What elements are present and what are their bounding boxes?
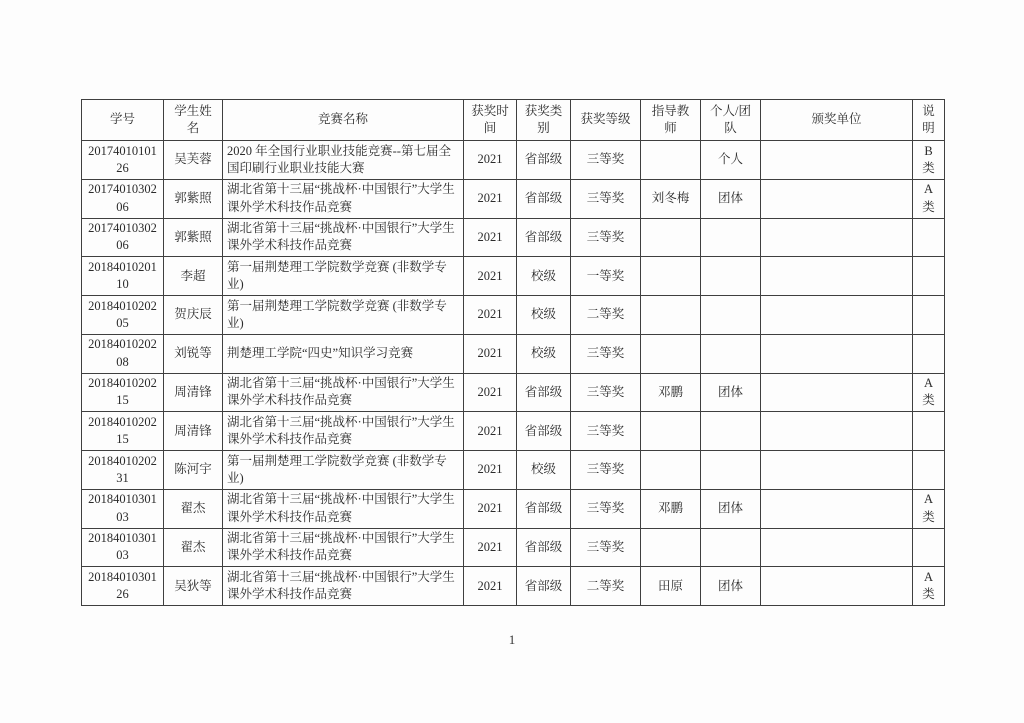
cell-award-level: 二等奖 <box>571 296 641 335</box>
table-row: 2018401030103翟杰湖北省第十三届“挑战杯·中国银行”大学生课外学术科… <box>82 489 945 528</box>
student-id-text: 2018401020231 <box>87 453 158 488</box>
cell-note <box>913 528 945 567</box>
cell-competition-name: 2020 年全国行业职业技能竞赛--第七届全国印刷行业职业技能大赛 <box>223 141 464 180</box>
cell-student-name: 周清锋 <box>164 373 223 412</box>
cell-award-level: 一等奖 <box>571 257 641 296</box>
cell-note <box>913 257 945 296</box>
student-id-text: 2018401020215 <box>87 375 158 410</box>
cell-student-name: 郭紫照 <box>164 179 223 218</box>
cell-student-name: 周清锋 <box>164 412 223 451</box>
column-header-competition-name: 竞赛名称 <box>223 100 464 141</box>
cell-award-category: 省部级 <box>517 412 571 451</box>
cell-award-level: 三等奖 <box>571 528 641 567</box>
cell-award-category: 省部级 <box>517 489 571 528</box>
cell-student-name: 吴芙蓉 <box>164 141 223 180</box>
cell-advisor <box>641 334 701 373</box>
cell-competition-name: 湖北省第十三届“挑战杯·中国银行”大学生课外学术科技作品竞赛 <box>223 218 464 257</box>
student-id-text: 2018401020215 <box>87 414 158 449</box>
cell-student-id: 2017401030206 <box>82 179 164 218</box>
cell-advisor <box>641 412 701 451</box>
cell-individual-or-team <box>701 257 761 296</box>
cell-award-level: 三等奖 <box>571 179 641 218</box>
cell-note: A 类 <box>913 567 945 606</box>
column-header-note: 说明 <box>913 100 945 141</box>
cell-award-time: 2021 <box>464 567 517 606</box>
student-id-text: 2017401030206 <box>87 181 158 216</box>
cell-student-id: 2018401030126 <box>82 567 164 606</box>
cell-individual-or-team <box>701 218 761 257</box>
cell-individual-or-team <box>701 412 761 451</box>
cell-student-id: 2018401020208 <box>82 334 164 373</box>
cell-award-time: 2021 <box>464 296 517 335</box>
cell-award-category: 校级 <box>517 257 571 296</box>
table-row: 2017401030206郭紫照湖北省第十三届“挑战杯·中国银行”大学生课外学术… <box>82 179 945 218</box>
cell-awarding-unit <box>761 296 913 335</box>
column-header-individual-or-team: 个人/团队 <box>701 100 761 141</box>
column-header-student-name: 学生姓名 <box>164 100 223 141</box>
cell-award-category: 省部级 <box>517 528 571 567</box>
student-id-text: 2018401030103 <box>87 530 158 565</box>
column-header-awarding-unit: 颁奖单位 <box>761 100 913 141</box>
cell-awarding-unit <box>761 489 913 528</box>
cell-note <box>913 296 945 335</box>
cell-awarding-unit <box>761 141 913 180</box>
cell-student-id: 2018401020215 <box>82 373 164 412</box>
column-header-advisor: 指导教师 <box>641 100 701 141</box>
cell-note <box>913 451 945 490</box>
cell-award-category: 省部级 <box>517 141 571 180</box>
student-id-text: 2018401020205 <box>87 298 158 333</box>
cell-advisor: 田原 <box>641 567 701 606</box>
cell-note: A 类 <box>913 489 945 528</box>
cell-award-time: 2021 <box>464 257 517 296</box>
cell-award-category: 校级 <box>517 334 571 373</box>
cell-competition-name: 湖北省第十三届“挑战杯·中国银行”大学生课外学术科技作品竞赛 <box>223 567 464 606</box>
cell-award-time: 2021 <box>464 179 517 218</box>
cell-award-level: 二等奖 <box>571 567 641 606</box>
cell-competition-name: 湖北省第十三届“挑战杯·中国银行”大学生课外学术科技作品竞赛 <box>223 373 464 412</box>
cell-note <box>913 218 945 257</box>
student-id-text: 2018401020208 <box>87 336 158 371</box>
cell-student-name: 李超 <box>164 257 223 296</box>
cell-individual-or-team <box>701 334 761 373</box>
cell-award-category: 省部级 <box>517 373 571 412</box>
cell-competition-name: 湖北省第十三届“挑战杯·中国银行”大学生课外学术科技作品竞赛 <box>223 528 464 567</box>
table-row: 2018401020231陈河宇第一届荆楚理工学院数学竞赛 (非数学专业)202… <box>82 451 945 490</box>
cell-individual-or-team <box>701 296 761 335</box>
cell-advisor: 刘冬梅 <box>641 179 701 218</box>
cell-competition-name: 湖北省第十三届“挑战杯·中国银行”大学生课外学术科技作品竞赛 <box>223 179 464 218</box>
cell-award-time: 2021 <box>464 412 517 451</box>
cell-awarding-unit <box>761 179 913 218</box>
cell-student-id: 2018401020231 <box>82 451 164 490</box>
cell-award-time: 2021 <box>464 451 517 490</box>
cell-awarding-unit <box>761 412 913 451</box>
cell-competition-name: 第一届荆楚理工学院数学竞赛 (非数学专业) <box>223 296 464 335</box>
cell-advisor <box>641 296 701 335</box>
cell-individual-or-team <box>701 528 761 567</box>
table-row: 2018401030126吴狄等湖北省第十三届“挑战杯·中国银行”大学生课外学术… <box>82 567 945 606</box>
cell-competition-name: 湖北省第十三届“挑战杯·中国银行”大学生课外学术科技作品竞赛 <box>223 412 464 451</box>
cell-student-id: 2018401030103 <box>82 528 164 567</box>
table-row: 2018401020208刘锐等荆楚理工学院“四史”知识学习竞赛2021校级三等… <box>82 334 945 373</box>
cell-award-level: 三等奖 <box>571 451 641 490</box>
cell-award-category: 省部级 <box>517 218 571 257</box>
table-row: 2018401020205贺庆辰第一届荆楚理工学院数学竞赛 (非数学专业)202… <box>82 296 945 335</box>
cell-student-name: 翟杰 <box>164 489 223 528</box>
table-row: 2018401020215周清锋湖北省第十三届“挑战杯·中国银行”大学生课外学术… <box>82 373 945 412</box>
cell-award-level: 三等奖 <box>571 218 641 257</box>
cell-student-id: 2018401020215 <box>82 412 164 451</box>
cell-award-level: 三等奖 <box>571 141 641 180</box>
cell-note <box>913 334 945 373</box>
cell-award-level: 三等奖 <box>571 412 641 451</box>
cell-advisor <box>641 257 701 296</box>
cell-student-id: 2018401020205 <box>82 296 164 335</box>
cell-note: A 类 <box>913 179 945 218</box>
cell-award-time: 2021 <box>464 218 517 257</box>
cell-student-id: 2018401020110 <box>82 257 164 296</box>
student-id-text: 2018401020110 <box>87 259 158 294</box>
cell-awarding-unit <box>761 451 913 490</box>
awards-table: 学号学生姓名竞赛名称获奖时间获奖类别获奖等级指导教师个人/团队颁奖单位说明 20… <box>81 99 945 606</box>
cell-award-category: 省部级 <box>517 567 571 606</box>
column-header-student-id: 学号 <box>82 100 164 141</box>
cell-student-name: 贺庆辰 <box>164 296 223 335</box>
cell-student-name: 刘锐等 <box>164 334 223 373</box>
cell-award-time: 2021 <box>464 528 517 567</box>
table-row: 2018401020110李超第一届荆楚理工学院数学竞赛 (非数学专业)2021… <box>82 257 945 296</box>
cell-note: B 类 <box>913 141 945 180</box>
cell-note <box>913 412 945 451</box>
cell-individual-or-team: 团体 <box>701 179 761 218</box>
student-id-text: 2017401030206 <box>87 220 158 255</box>
page-number: 1 <box>0 632 1024 648</box>
cell-award-time: 2021 <box>464 373 517 412</box>
cell-award-time: 2021 <box>464 334 517 373</box>
cell-competition-name: 第一届荆楚理工学院数学竞赛 (非数学专业) <box>223 257 464 296</box>
cell-student-id: 2017401030206 <box>82 218 164 257</box>
cell-advisor <box>641 451 701 490</box>
cell-individual-or-team: 团体 <box>701 567 761 606</box>
cell-award-level: 三等奖 <box>571 373 641 412</box>
column-header-award-level: 获奖等级 <box>571 100 641 141</box>
cell-advisor: 邓鹏 <box>641 373 701 412</box>
cell-competition-name: 湖北省第十三届“挑战杯·中国银行”大学生课外学术科技作品竞赛 <box>223 489 464 528</box>
table-row: 2018401020215周清锋湖北省第十三届“挑战杯·中国银行”大学生课外学术… <box>82 412 945 451</box>
cell-award-level: 三等奖 <box>571 489 641 528</box>
cell-award-time: 2021 <box>464 489 517 528</box>
cell-student-name: 郭紫照 <box>164 218 223 257</box>
cell-advisor <box>641 528 701 567</box>
student-id-text: 2017401010126 <box>87 143 158 178</box>
table-row: 2017401030206郭紫照湖北省第十三届“挑战杯·中国银行”大学生课外学术… <box>82 218 945 257</box>
cell-student-name: 翟杰 <box>164 528 223 567</box>
cell-award-category: 省部级 <box>517 179 571 218</box>
cell-advisor <box>641 141 701 180</box>
cell-student-name: 陈河宇 <box>164 451 223 490</box>
cell-competition-name: 荆楚理工学院“四史”知识学习竞赛 <box>223 334 464 373</box>
cell-awarding-unit <box>761 257 913 296</box>
cell-student-id: 2017401010126 <box>82 141 164 180</box>
student-id-text: 2018401030103 <box>87 491 158 526</box>
cell-individual-or-team <box>701 451 761 490</box>
cell-advisor <box>641 218 701 257</box>
table-row: 2018401030103翟杰湖北省第十三届“挑战杯·中国银行”大学生课外学术科… <box>82 528 945 567</box>
cell-awarding-unit <box>761 334 913 373</box>
cell-award-level: 三等奖 <box>571 334 641 373</box>
cell-awarding-unit <box>761 218 913 257</box>
cell-individual-or-team: 个人 <box>701 141 761 180</box>
cell-award-time: 2021 <box>464 141 517 180</box>
cell-individual-or-team: 团体 <box>701 373 761 412</box>
cell-awarding-unit <box>761 528 913 567</box>
table-header-row: 学号学生姓名竞赛名称获奖时间获奖类别获奖等级指导教师个人/团队颁奖单位说明 <box>82 100 945 141</box>
table-row: 2017401010126吴芙蓉2020 年全国行业职业技能竞赛--第七届全国印… <box>82 141 945 180</box>
cell-award-category: 校级 <box>517 451 571 490</box>
cell-advisor: 邓鹏 <box>641 489 701 528</box>
cell-competition-name: 第一届荆楚理工学院数学竞赛 (非数学专业) <box>223 451 464 490</box>
cell-note: A 类 <box>913 373 945 412</box>
column-header-award-time: 获奖时间 <box>464 100 517 141</box>
column-header-award-category: 获奖类别 <box>517 100 571 141</box>
cell-award-category: 校级 <box>517 296 571 335</box>
cell-awarding-unit <box>761 373 913 412</box>
cell-student-id: 2018401030103 <box>82 489 164 528</box>
cell-student-name: 吴狄等 <box>164 567 223 606</box>
document-page: 学号学生姓名竞赛名称获奖时间获奖类别获奖等级指导教师个人/团队颁奖单位说明 20… <box>0 0 1024 723</box>
cell-individual-or-team: 团体 <box>701 489 761 528</box>
cell-awarding-unit <box>761 567 913 606</box>
student-id-text: 2018401030126 <box>87 569 158 604</box>
table-body: 2017401010126吴芙蓉2020 年全国行业职业技能竞赛--第七届全国印… <box>82 141 945 606</box>
